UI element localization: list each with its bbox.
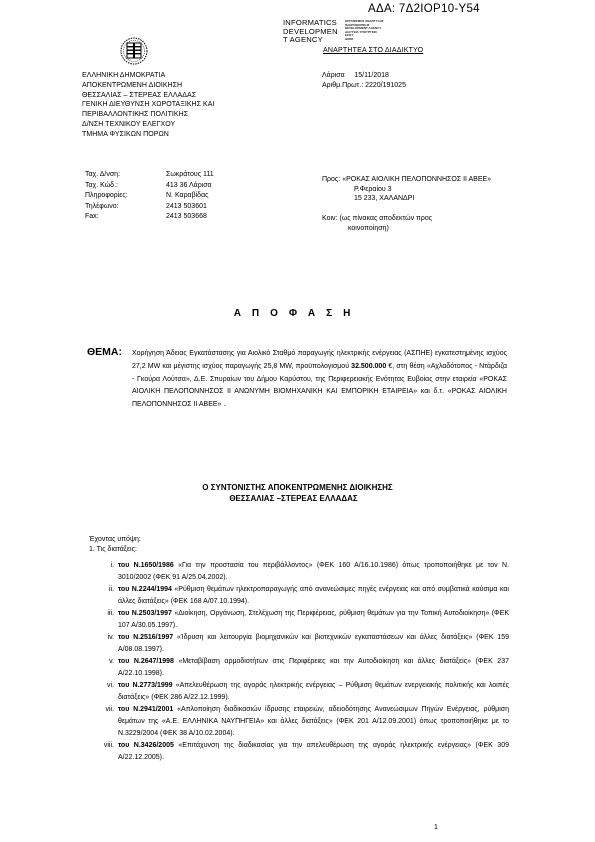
law-text: «Ρύθμιση θεμάτων ηλεκτροπαραγωγής από αν… xyxy=(118,586,509,605)
authority-line: Ο ΣΥΝΤΟΝΙΣΤΗΣ ΑΠΟΚΕΝΤΡΩΜΕΝΗΣ ΔΙΟΙΚΗΣΗΣ xyxy=(0,482,595,493)
ida-logo-line: T AGENCY xyxy=(283,36,403,45)
date-protocol-block: Λάρισα 15/11/2018 Αριθμ.Πρωτ.: 2220/1910… xyxy=(322,71,406,91)
contact-label: Ταχ. Κώδ.: xyxy=(85,181,166,192)
contact-value: 2413 503601 xyxy=(166,202,207,213)
cc-text: (ως πίνακας αποδεκτών προς xyxy=(339,215,432,222)
law-item: ii.του Ν.2244/1994 «Ρύθμιση θεμάτων ηλεκ… xyxy=(108,584,509,608)
law-item: vi.του Ν.2773/1999 «Απελευθέρωση της αγο… xyxy=(108,680,509,704)
contact-row-info: Πληροφορίες: Ν. Καραβίδας xyxy=(85,191,214,202)
coat-of-arms-icon xyxy=(119,36,149,66)
contact-value: 2413 503668 xyxy=(166,212,207,223)
law-ref: του Ν.1650/1986 xyxy=(118,562,174,569)
document-title: ΑΠΟΦΑΣΗ xyxy=(0,308,595,319)
contact-label: Τηλέφωνο: xyxy=(85,202,166,213)
given-label: Έχοντας υπόψη: xyxy=(89,535,141,545)
law-item: i.του Ν.1650/1986 «Για την προστασία του… xyxy=(108,560,509,584)
law-ref: του Ν.3426/2005 xyxy=(118,742,174,749)
recipient-city: 15 233, ΧΑΛΑΝΔΡΙ xyxy=(322,194,491,204)
law-ref: του Ν.2773/1999 xyxy=(118,682,173,689)
law-item: v.του Ν.2647/1998 «Μεταβίβαση αρμοδιοτήτ… xyxy=(108,656,509,680)
issuer-line: Δ/ΝΣΗ ΤΕΧΝΙΚΟΥ ΕΛΕΓΧΟΥ xyxy=(82,120,214,130)
subject-block: ΘΕΜΑ: Χορήγηση Άδειας Εγκατάστασης για Α… xyxy=(87,348,507,412)
cc-text-cont: κοινοποίηση) xyxy=(322,224,432,234)
contact-label: Ταχ. Δ/νση: xyxy=(85,170,166,181)
law-number: v. xyxy=(96,656,114,668)
law-number: viii. xyxy=(96,740,114,752)
issuer-line: ΤΜΗΜΑ ΦΥΣΙΚΩΝ ΠΟΡΩΝ xyxy=(82,130,214,140)
cc-block: Κοιν: (ως πίνακας αποδεκτών προς κοινοπο… xyxy=(322,214,432,233)
law-item: iv.του Ν.2516/1997 «Ίδρυση και λειτουργί… xyxy=(108,632,509,656)
law-number: vii. xyxy=(96,704,114,716)
document-date: 15/11/2018 xyxy=(354,72,389,79)
protocol-label: Αριθμ.Πρωτ.: xyxy=(322,82,363,89)
contact-details: Ταχ. Δ/νση: Σωκράτους 111 Ταχ. Κώδ.: 413… xyxy=(85,170,214,223)
law-text: «Επιτάχυνση της διαδικασίας για την απελ… xyxy=(118,742,509,761)
page-number: 1 xyxy=(434,824,438,831)
ada-code: ΑΔΑ: 7Δ2ΙΟΡ10-Υ54 xyxy=(368,3,480,15)
law-item: viii.του Ν.3426/2005 «Επιτάχυνση της δια… xyxy=(108,740,509,764)
ida-small-line: ΔΙΟΙΚ xyxy=(345,38,384,42)
law-ref: του Ν.2516/1997 xyxy=(118,634,173,641)
ida-logo: INFORMATICS DEVELOPMEN T AGENCY ΟΡΓΑΝΙΣΜ… xyxy=(283,19,403,45)
contact-label: Πληροφορίες: xyxy=(85,191,166,202)
law-number: ii. xyxy=(96,584,114,596)
law-number: iii. xyxy=(96,608,114,620)
issuer-line: ΑΠΟΚΕΝΤΡΩΜΕΝΗ ΔΙΟΙΚΗΣΗ xyxy=(82,81,214,91)
cc-label: Κοιν: xyxy=(322,215,337,222)
issuer-line: ΕΛΛΗΝΙΚΗ ΔΗΜΟΚΡΑΤΙΑ xyxy=(82,71,214,81)
law-ref: του Ν.2244/1994 xyxy=(118,586,172,593)
recipient-line: Προς: «ΡΟΚΑΣ ΑΙΟΛΙΚΗ ΠΕΛΟΠΟΝΝΗΣΟΣ ΙΙ ΑΒΕ… xyxy=(322,175,491,185)
issuer-line: ΘΕΣΣΑΛΙΑΣ – ΣΤΕΡΕΑΣ ΕΛΛΑΔΑΣ xyxy=(82,91,214,101)
law-text: «Μεταβίβαση αρμοδιοτήτων στις Περιφέρειε… xyxy=(118,658,509,677)
law-number: iv. xyxy=(96,632,114,644)
protocol-number: 2220/191025 xyxy=(365,82,406,89)
authority-line: ΘΕΣΣΑΛΙΑΣ –ΣΤΕΡΕΑΣ ΕΛΛΑΔΑΣ xyxy=(0,493,595,504)
recipient-block: Προς: «ΡΟΚΑΣ ΑΙΟΛΙΚΗ ΠΕΛΟΠΟΝΝΗΣΟΣ ΙΙ ΑΒΕ… xyxy=(322,175,491,204)
recipient-label: Προς: xyxy=(322,176,340,183)
laws-list: i.του Ν.1650/1986 «Για την προστασία του… xyxy=(108,560,509,764)
law-ref: του Ν.2647/1998 xyxy=(118,658,174,665)
law-number: i. xyxy=(96,560,114,572)
contact-value: Σωκράτους 111 xyxy=(166,170,214,181)
law-text: «Απλοποίηση διαδικασιών ίδρυσης εταιρειώ… xyxy=(118,706,509,737)
place-label: Λάρισα xyxy=(322,72,345,79)
contact-row-postcode: Ταχ. Κώδ.: 413 36 Λάρισα xyxy=(85,181,214,192)
issuer-line: ΓΕΝΙΚΗ ΔΙΕΥΘΥΝΣΗ ΧΩΡΟΤΑΞΙΚΗΣ ΚΑΙ xyxy=(82,100,214,110)
posted-online-note: ΑΝΑΡΤΗΤΕΑ ΣΤΟ ΔΙΑΔΙΚΤΥΟ xyxy=(323,47,423,54)
contact-label: Fax: xyxy=(85,212,166,223)
law-text: «Για την προστασία του περιβάλλοντος» (Φ… xyxy=(118,562,509,581)
law-number: vi. xyxy=(96,680,114,692)
date-line: Λάρισα 15/11/2018 xyxy=(322,71,406,81)
provisions-label: 1. Τις διατάξεις: xyxy=(89,545,137,555)
law-text: «Διοίκηση, Οργάνωση, Στελέχωση της Περιφ… xyxy=(118,610,509,629)
ida-logo-small-text: ΟΡΓΑΝΙΣΜΟΣ ΑΝΑΠΤΥΞΗΣ ΠΛΗΡΟΦΟΡΙΚΗΣ DEVELO… xyxy=(345,20,384,42)
law-item: vii.του Ν.2941/2001 «Απλοποίηση διαδικασ… xyxy=(108,704,509,740)
contact-row-address: Ταχ. Δ/νση: Σωκράτους 111 xyxy=(85,170,214,181)
subject-text: Χορήγηση Άδειας Εγκατάστασης για Αιολικό… xyxy=(132,348,507,412)
issuer-line: ΠΕΡΙΒΑΛΛΟΝΤΙΚΗΣ ΠΟΛΙΤΙΚΗΣ xyxy=(82,110,214,120)
cc-line: Κοιν: (ως πίνακας αποδεκτών προς xyxy=(322,214,432,224)
subject-label: ΘΕΜΑ: xyxy=(87,346,122,359)
authority-heading: Ο ΣΥΝΤΟΝΙΣΤΗΣ ΑΠΟΚΕΝΤΡΩΜΕΝΗΣ ΔΙΟΙΚΗΣΗΣ Θ… xyxy=(0,482,595,504)
issuer-block: ΕΛΛΗΝΙΚΗ ΔΗΜΟΚΡΑΤΙΑ ΑΠΟΚΕΝΤΡΩΜΕΝΗ ΔΙΟΙΚΗ… xyxy=(82,71,214,140)
law-item: iii.του Ν.2503/1997 «Διοίκηση, Οργάνωση,… xyxy=(108,608,509,632)
contact-row-phone: Τηλέφωνο: 2413 503601 xyxy=(85,202,214,213)
law-ref: του Ν.2503/1997 xyxy=(118,610,172,617)
recipient-street: Ρ.Φεραίου 3 xyxy=(322,185,491,195)
law-text: «Ίδρυση και λειτουργία βιομηχανικών και … xyxy=(118,634,509,653)
law-text: «Απελευθέρωση της αγοράς ηλεκτρικής ενέρ… xyxy=(118,682,509,701)
contact-value: 413 36 Λάρισα xyxy=(166,181,212,192)
subject-budget: 32.500.000 xyxy=(351,363,386,370)
recipient-name: «ΡΟΚΑΣ ΑΙΟΛΙΚΗ ΠΕΛΟΠΟΝΝΗΣΟΣ ΙΙ ΑΒΕΕ» xyxy=(342,176,491,183)
protocol-line: Αριθμ.Πρωτ.: 2220/191025 xyxy=(322,81,406,91)
contact-row-fax: Fax: 2413 503668 xyxy=(85,212,214,223)
contact-value: Ν. Καραβίδας xyxy=(166,191,209,202)
law-ref: του Ν.2941/2001 xyxy=(118,706,173,713)
